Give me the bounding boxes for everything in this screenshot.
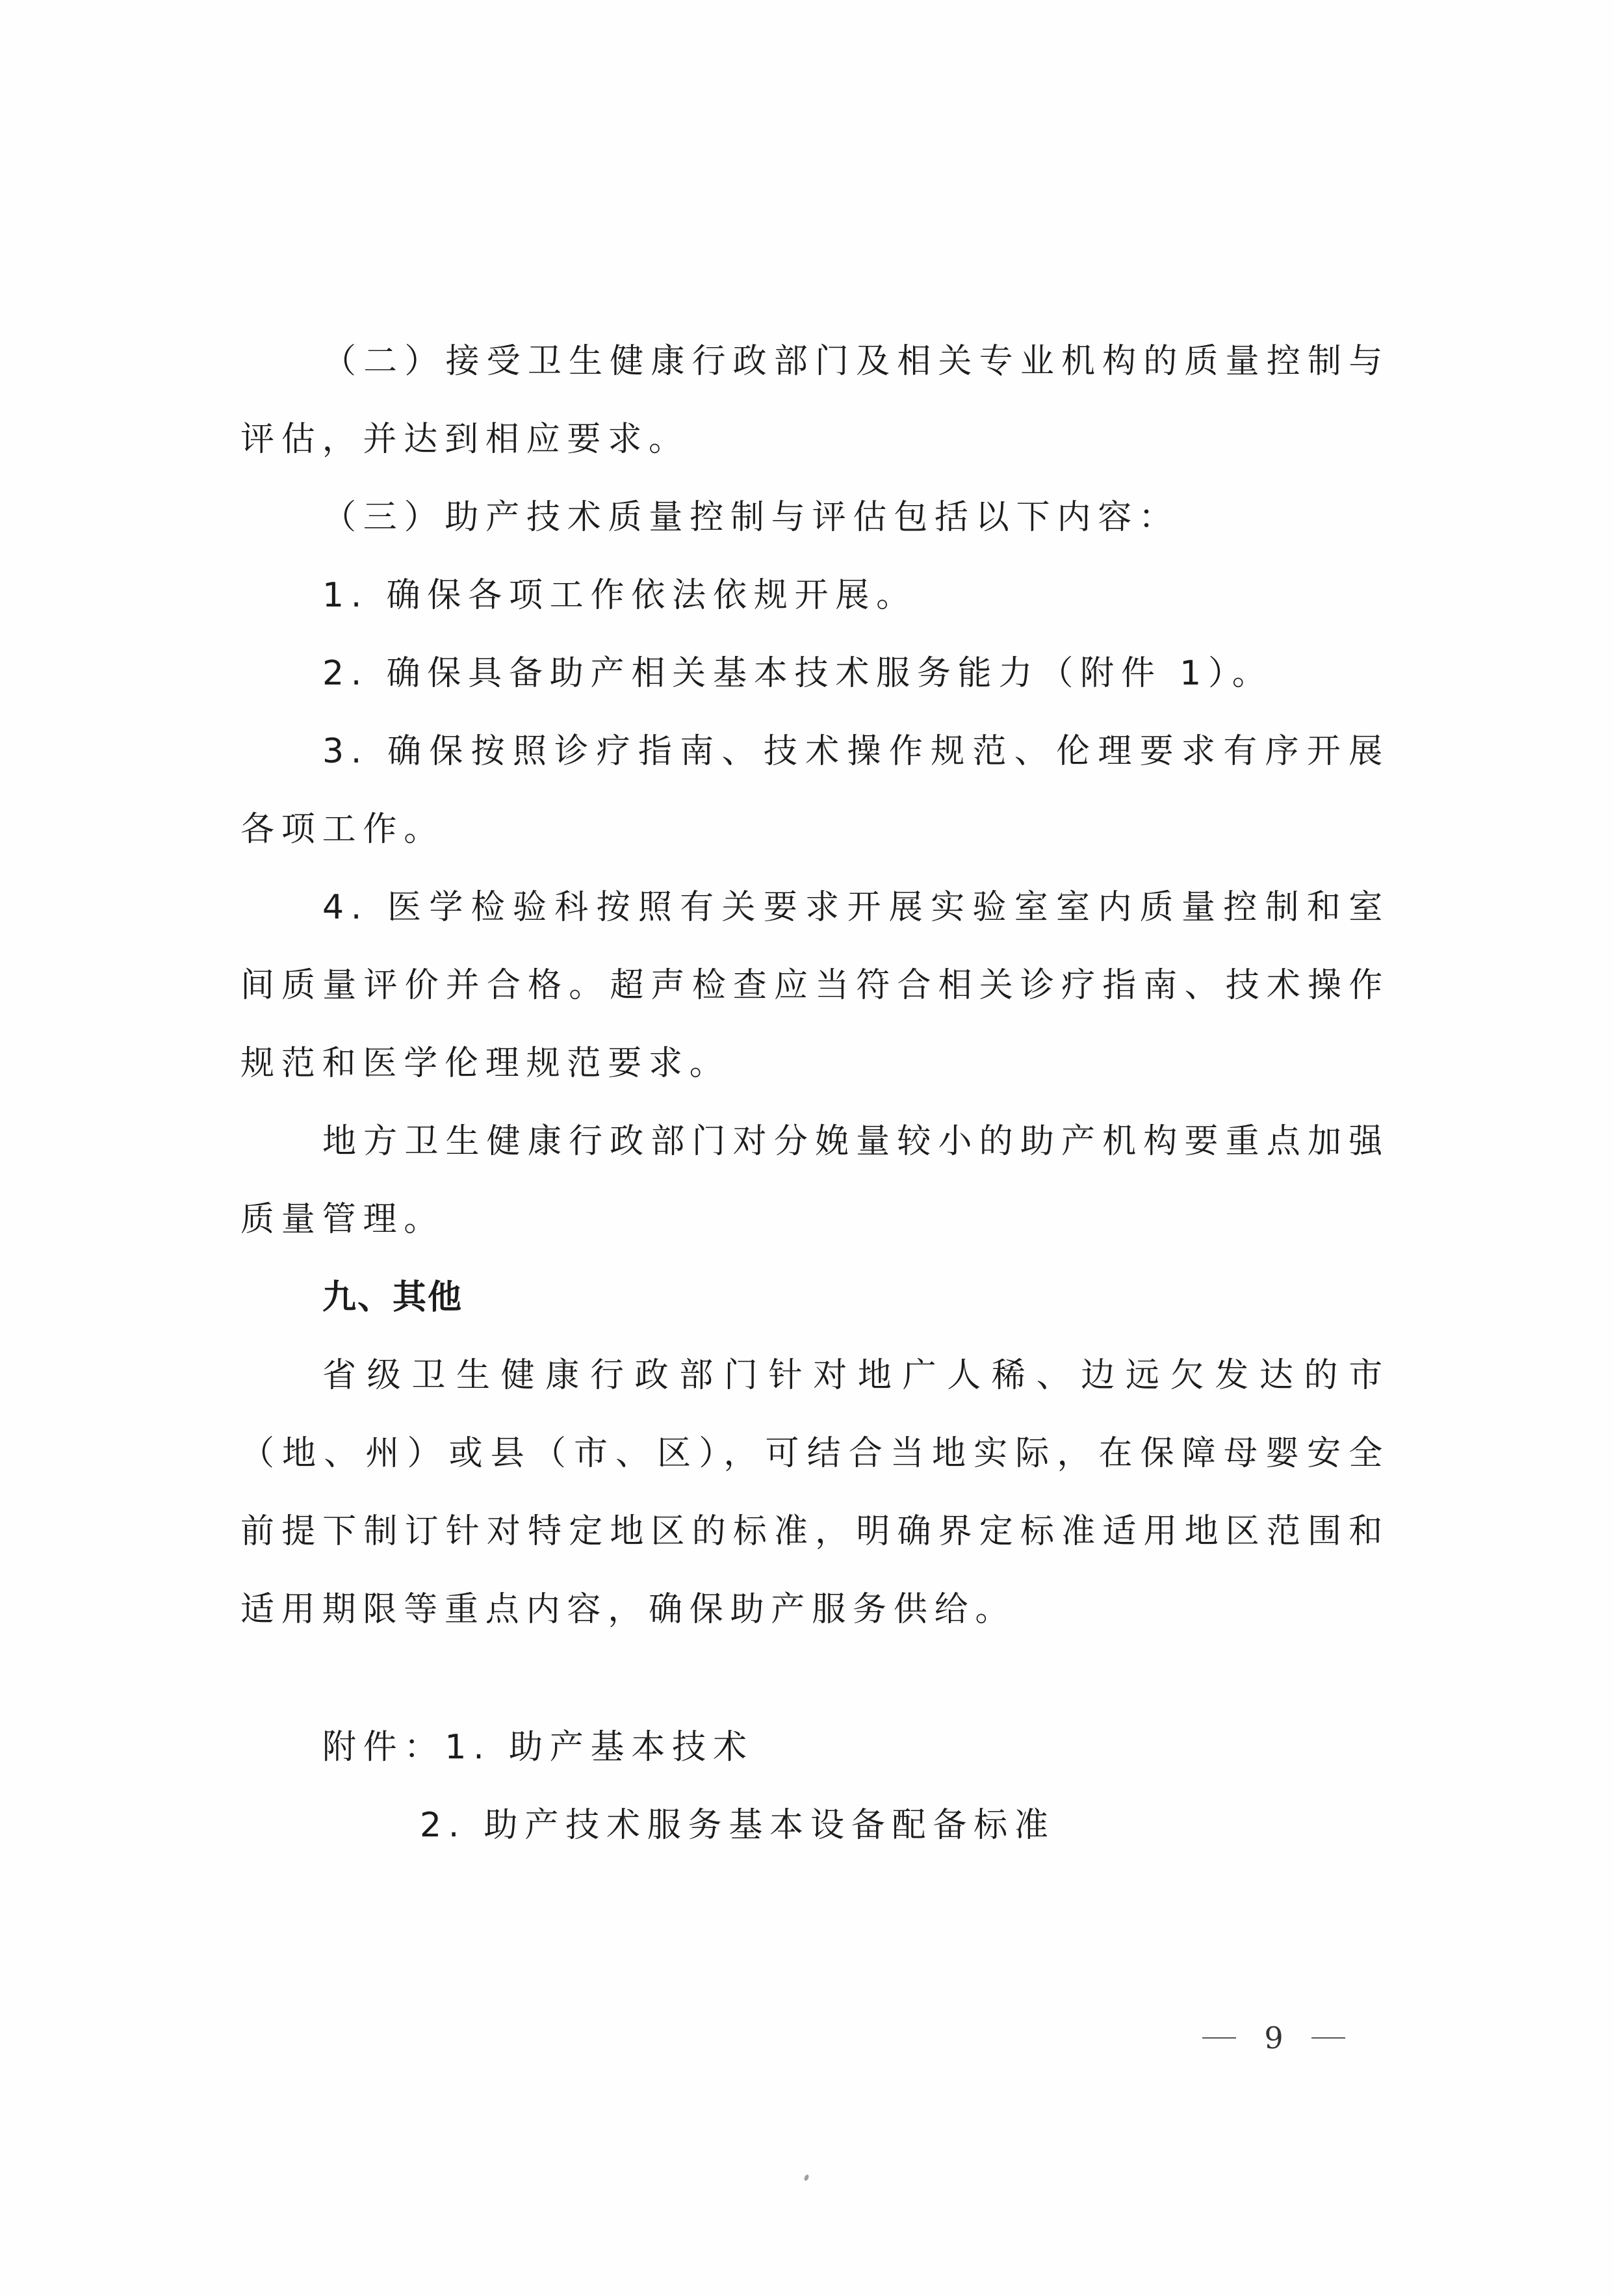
list-item-3: 3. 确保按照诊疗指南、技术操作规范、伦理要求有序开展各项工作。 xyxy=(240,712,1389,868)
paragraph-quality-control-contents-intro: （三）助产技术质量控制与评估包括以下内容： xyxy=(240,478,1389,556)
paragraph-quality-evaluation-requirement: （二）接受卫生健康行政部门及相关专业机构的质量控制与评估，并达到相应要求。 xyxy=(240,322,1389,478)
attachment-item-2: 2. 助产技术服务基本设备配备标准 xyxy=(322,1786,1232,1864)
document-page: （二）接受卫生健康行政部门及相关专业机构的质量控制与评估，并达到相应要求。 （三… xyxy=(0,0,1613,2296)
list-item-4: 4. 医学检验科按照有关要求开展实验室室内质量控制和室间质量评价并合格。超声检查… xyxy=(240,868,1389,1102)
attachments-label: 附件： xyxy=(322,1728,445,1767)
page-number-dash-right xyxy=(1311,2037,1345,2039)
list-item-2: 2. 确保具备助产相关基本技术服务能力（附件 1）。 xyxy=(240,634,1389,712)
attachment-item-1-text: 1. 助产基本技术 xyxy=(445,1728,753,1767)
page-number: 9 xyxy=(1202,2020,1345,2055)
section-heading-other: 九、其他 xyxy=(240,1259,1389,1337)
attachment-item-2-text: 2. 助产技术服务基本设备配备标准 xyxy=(420,1806,1055,1845)
paragraph-special-regions: 省级卫生健康行政部门针对地广人稀、边远欠发达的市（地、州）或县（市、区），可结合… xyxy=(240,1337,1389,1649)
paragraph-local-management: 地方卫生健康行政部门对分娩量较小的助产机构要重点加强质量管理。 xyxy=(240,1102,1389,1259)
list-item-1: 1. 确保各项工作依法依规开展。 xyxy=(240,556,1389,634)
attachment-item-1: 附件：1. 助产基本技术 xyxy=(322,1708,1232,1786)
scan-artifact-mark xyxy=(803,2174,810,2182)
document-body: （二）接受卫生健康行政部门及相关专业机构的质量控制与评估，并达到相应要求。 （三… xyxy=(240,322,1389,1649)
page-number-dash-left xyxy=(1202,2037,1236,2039)
attachments-list: 附件：1. 助产基本技术 2. 助产技术服务基本设备配备标准 xyxy=(322,1708,1232,1864)
page-number-value: 9 xyxy=(1264,2020,1283,2055)
